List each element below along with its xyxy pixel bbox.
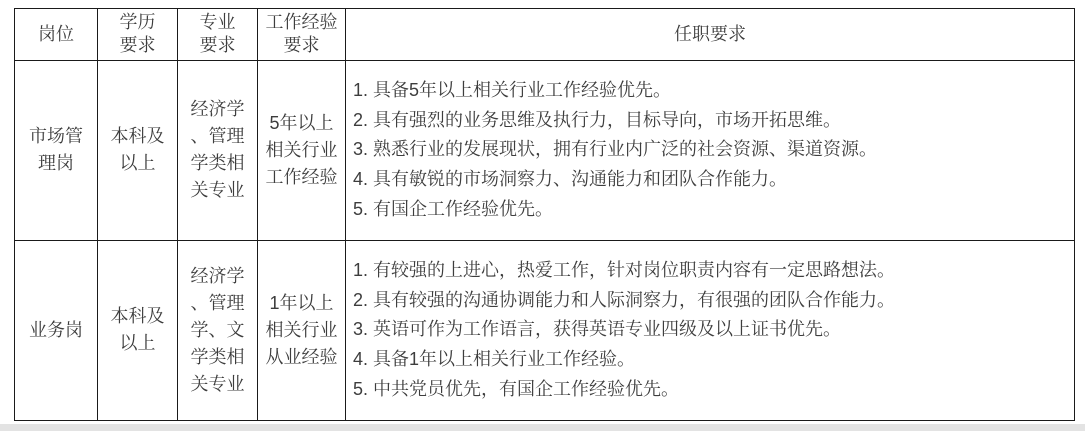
cell-education: 本科及以上 xyxy=(98,240,178,420)
job-requirements-table: 岗位 学历 要求 专业 要求 工作经验 要求 任职要求 市场管理岗 本科及以上 … xyxy=(14,8,1075,421)
header-position: 岗位 xyxy=(15,9,98,61)
page-bottom-divider xyxy=(0,424,1085,431)
cell-requirements: 1. 有较强的上进心，热爱工作，针对岗位职责内容有一定思路想法。 2. 具有较强… xyxy=(346,240,1075,420)
cell-major: 经济学、管理学、文学类相关专业 xyxy=(178,240,258,420)
page: 岗位 学历 要求 专业 要求 工作经验 要求 任职要求 市场管理岗 本科及以上 … xyxy=(0,0,1085,431)
header-major: 专业 要求 xyxy=(178,9,258,61)
cell-requirements: 1. 具备5年以上相关行业工作经验优先。 2. 具有强烈的业务思维及执行力，目标… xyxy=(346,60,1075,240)
header-requirements: 任职要求 xyxy=(346,9,1075,61)
cell-position: 市场管理岗 xyxy=(15,60,98,240)
cell-education: 本科及以上 xyxy=(98,60,178,240)
cell-position: 业务岗 xyxy=(15,240,98,420)
cell-experience: 1年以上相关行业从业经验 xyxy=(258,240,346,420)
header-education: 学历 要求 xyxy=(98,9,178,61)
header-experience: 工作经验 要求 xyxy=(258,9,346,61)
table-row-business: 业务岗 本科及以上 经济学、管理学、文学类相关专业 1年以上相关行业从业经验 1… xyxy=(15,240,1075,420)
header-row: 岗位 学历 要求 专业 要求 工作经验 要求 任职要求 xyxy=(15,9,1075,61)
cell-experience: 5年以上相关行业工作经验 xyxy=(258,60,346,240)
table-row-market-management: 市场管理岗 本科及以上 经济学、管理学类相关专业 5年以上相关行业工作经验 1.… xyxy=(15,60,1075,240)
cell-major: 经济学、管理学类相关专业 xyxy=(178,60,258,240)
